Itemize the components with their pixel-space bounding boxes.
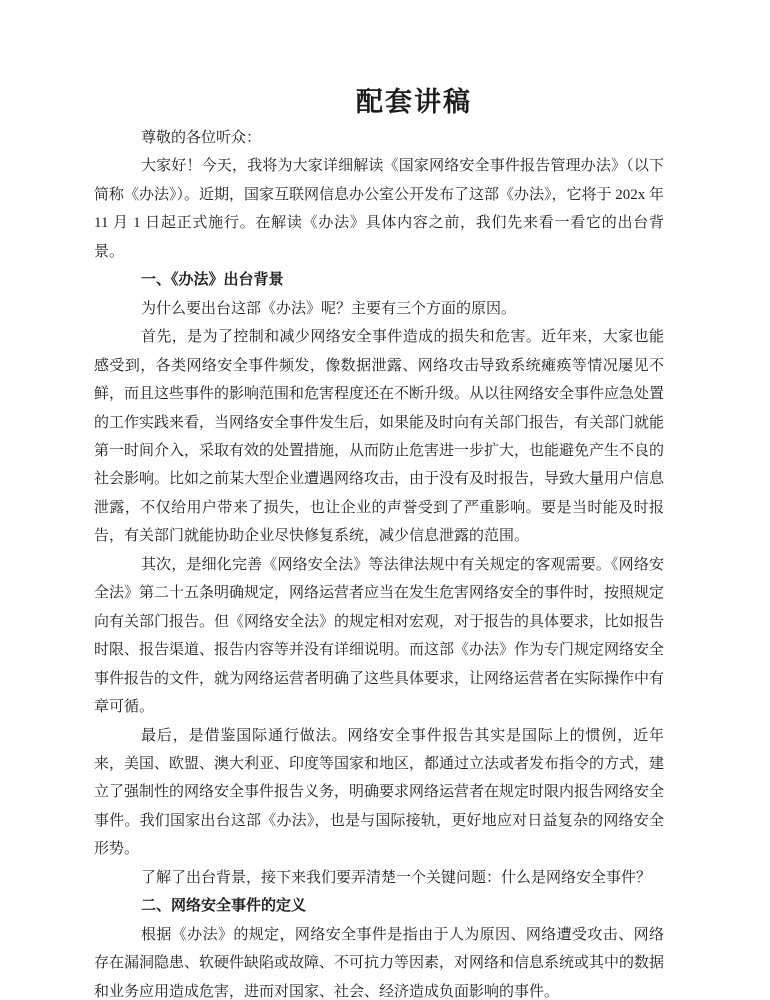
paragraph: 首先，是为了控制和减少网络安全事件造成的损失和危害。近年来，大家也能感受到，各类… [94, 323, 664, 551]
paragraph: 尊敬的各位听众： [94, 124, 664, 152]
section-heading: 一、《办法》出台背景 [94, 266, 664, 294]
paragraph: 最后，是借鉴国际通行做法。网络安全事件报告其实是国际上的惯例，近年来，美国、欧盟… [94, 722, 664, 864]
paragraph: 为什么要出台这部《办法》呢？主要有三个方面的原因。 [94, 295, 664, 323]
section-heading: 二、网络安全事件的定义 [94, 892, 664, 920]
paragraph: 大家好！今天，我将为大家详细解读《国家网络安全事件报告管理办法》（以下简称《办法… [94, 152, 664, 266]
document-title: 配套讲稿 [0, 0, 770, 122]
paragraph: 了解了出台背景，接下来我们要弄清楚一个关键问题：什么是网络安全事件？ [94, 864, 664, 892]
paragraph: 根据《办法》的规定，网络安全事件是指由于人为原因、网络遭受攻击、网络存在漏洞隐患… [94, 921, 664, 1000]
document-content: 尊敬的各位听众：大家好！今天，我将为大家详细解读《国家网络安全事件报告管理办法》… [94, 124, 664, 1000]
paragraph: 其次，是细化完善《网络安全法》等法律法规中有关规定的客观需要。《网络安全法》第二… [94, 551, 664, 722]
document-page: 配套讲稿 尊敬的各位听众：大家好！今天，我将为大家详细解读《国家网络安全事件报告… [0, 0, 770, 1000]
